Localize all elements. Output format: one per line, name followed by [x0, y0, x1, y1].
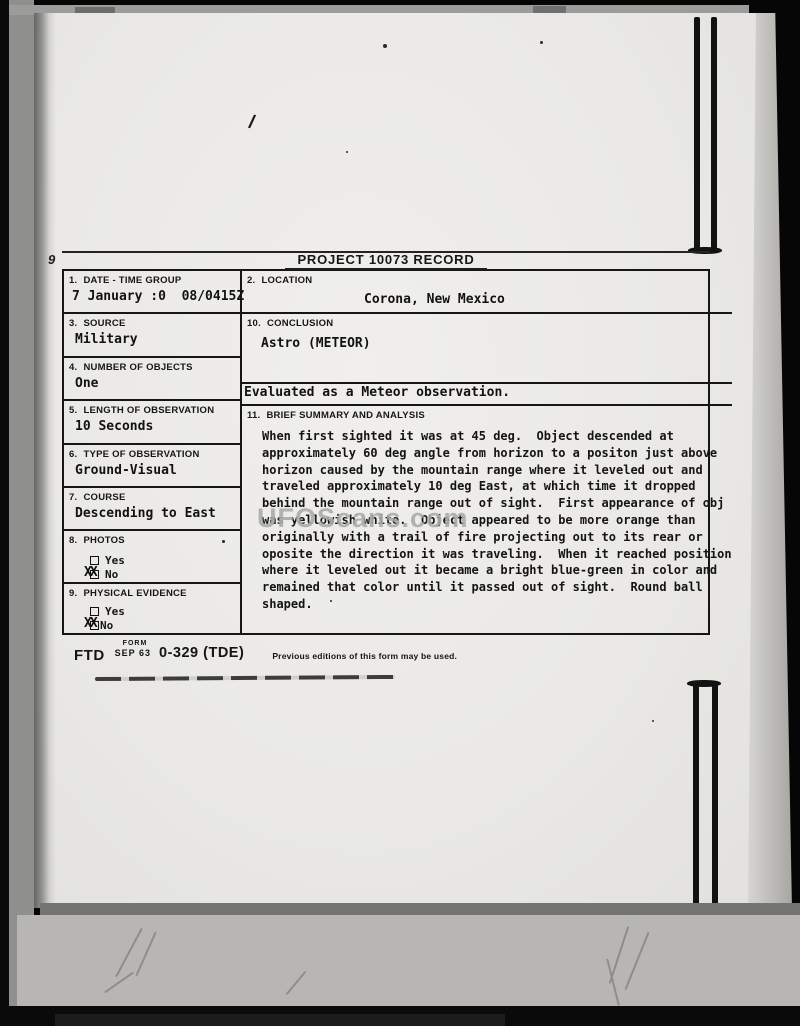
speck	[652, 720, 654, 722]
binding-bar	[712, 683, 718, 911]
field-value: 10 Seconds	[75, 419, 240, 434]
scan-left-border	[0, 0, 9, 1026]
xx-mark: XX	[84, 616, 96, 631]
field-label: 9.PHYSICAL EVIDENCE	[64, 584, 240, 599]
evaluation-text: Evaluated as a Meteor observation.	[242, 384, 732, 400]
field-source: 3.SOURCE Military	[64, 314, 240, 358]
field-value: Corona, New Mexico	[364, 292, 732, 307]
checkbox-yes	[90, 556, 99, 565]
field-label: 3.SOURCE	[64, 314, 240, 329]
field-label: 8.PHOTOS	[64, 531, 240, 546]
binding-bar	[693, 683, 699, 911]
form-title: PROJECT 10073 RECORD	[285, 252, 486, 270]
binding-foot	[687, 680, 721, 687]
field-date-time-group: 1.DATE - TIME GROUP 7 January :0 08/0415…	[64, 271, 240, 314]
physical-evidence-checkboxes: Yes XX No	[90, 604, 240, 632]
photos-yes-row: Yes	[90, 553, 240, 567]
field-label: 2.LOCATION	[242, 271, 732, 286]
form-right-column: 2.LOCATION Corona, New Mexico 10.CONCLUS…	[242, 271, 732, 633]
binding-bar	[694, 17, 700, 251]
field-label-text: CONCLUSION	[267, 318, 333, 329]
field-label: 11.BRIEF SUMMARY AND ANALYSIS	[242, 406, 732, 421]
field-number: 9.	[69, 588, 77, 599]
field-label-text: COURSE	[83, 492, 125, 503]
form-left-column: 1.DATE - TIME GROUP 7 January :0 08/0415…	[64, 271, 242, 633]
speck	[540, 41, 543, 44]
physical-evidence-yes-row: Yes	[90, 604, 240, 618]
field-label-text: DATE - TIME GROUP	[83, 275, 181, 286]
field-number: 4.	[69, 362, 77, 373]
field-label-text: TYPE OF OBSERVATION	[83, 449, 199, 460]
field-value: Ground-Visual	[75, 463, 240, 478]
footer-ftd: FTD	[74, 647, 105, 664]
field-label: 1.DATE - TIME GROUP	[64, 271, 240, 286]
footer-form-word: FORM	[123, 640, 151, 647]
checkbox-no: XX	[90, 570, 99, 579]
field-label: 6.TYPE OF OBSERVATION	[64, 445, 240, 460]
form-footer: FTD FORM SEP 63 0-329 (TDE) Previous edi…	[74, 640, 457, 664]
form-title-bar: PROJECT 10073 RECORD	[62, 251, 710, 269]
field-number: 10.	[247, 318, 261, 329]
field-conclusion: 10.CONCLUSION Astro (METEOR)	[242, 314, 732, 384]
footer-form-number: 0-329 (TDE)	[159, 645, 244, 661]
field-number: 11.	[247, 410, 260, 421]
field-label: 5.LENGTH OF OBSERVATION	[64, 401, 240, 416]
yes-label: Yes	[105, 605, 125, 618]
project-10073-record-form: PROJECT 10073 RECORD 1.DATE - TIME GROUP…	[62, 251, 710, 635]
field-value: Military	[75, 332, 240, 347]
field-evaluation: Evaluated as a Meteor observation.	[242, 384, 732, 406]
no-label: No	[100, 619, 113, 632]
field-number: 6.	[69, 449, 77, 460]
field-number: 1.	[69, 275, 77, 286]
page-bottom-shadow	[40, 903, 800, 915]
scan-bottom-border-light	[55, 1014, 505, 1026]
xx-mark: XX	[84, 565, 96, 580]
paper-fold-shadow	[34, 13, 56, 908]
field-number: 3.	[69, 318, 77, 329]
binding-bar	[711, 17, 717, 251]
field-course: 7.COURSE Descending to East	[64, 488, 240, 531]
field-number: 8.	[69, 535, 77, 546]
yes-label: Yes	[105, 554, 125, 567]
speck	[383, 44, 387, 48]
footer-form-date: FORM SEP 63	[115, 640, 151, 658]
field-label-text: SOURCE	[83, 318, 125, 329]
field-physical-evidence: 9.PHYSICAL EVIDENCE Yes XX No	[64, 584, 240, 633]
field-label: 7.COURSE	[64, 488, 240, 503]
field-photos: 8.PHOTOS Yes XX No	[64, 531, 240, 584]
field-number: 7.	[69, 492, 77, 503]
speck	[346, 151, 348, 153]
no-label: No	[105, 568, 118, 581]
field-value: 7 January :0 08/0415Z	[72, 289, 240, 304]
field-value: Astro (METEOR)	[261, 336, 732, 351]
photos-no-row: XX No	[90, 567, 240, 581]
field-type-of-observation: 6.TYPE OF OBSERVATION Ground-Visual	[64, 445, 240, 488]
scanned-document-page: / 9 UFOScans.com PROJECT 10073 RECORD 1.…	[0, 0, 800, 1026]
field-label-text: PHYSICAL EVIDENCE	[83, 588, 186, 599]
field-number-of-objects: 4.NUMBER OF OBJECTS One	[64, 358, 240, 401]
field-label-text: PHOTOS	[83, 535, 124, 546]
field-label: 4.NUMBER OF OBJECTS	[64, 358, 240, 373]
binding-mark-bottom	[693, 683, 719, 911]
field-length-of-observation: 5.LENGTH OF OBSERVATION 10 Seconds	[64, 401, 240, 445]
field-number: 2.	[247, 275, 255, 286]
form-table: 1.DATE - TIME GROUP 7 January :0 08/0415…	[62, 269, 710, 635]
field-value: One	[75, 376, 240, 391]
field-location: 2.LOCATION Corona, New Mexico	[242, 271, 732, 314]
checkbox-yes	[90, 607, 99, 616]
field-label-text: BRIEF SUMMARY AND ANALYSIS	[266, 410, 425, 421]
field-number: 5.	[69, 405, 77, 416]
photos-checkboxes: Yes XX No	[90, 553, 240, 581]
scan-bottom-band	[17, 915, 800, 1007]
field-label-text: NUMBER OF OBJECTS	[83, 362, 192, 373]
physical-evidence-no-row: XX No	[90, 618, 240, 632]
field-label: 10.CONCLUSION	[242, 314, 732, 329]
field-label-text: LOCATION	[261, 275, 312, 286]
footer-note: Previous editions of this form may be us…	[272, 651, 457, 661]
footer-form-month: SEP 63	[115, 648, 151, 658]
binding-mark-top	[694, 17, 718, 251]
field-label-text: LENGTH OF OBSERVATION	[83, 405, 214, 416]
checkbox-no: XX	[90, 621, 99, 630]
field-value: Descending to East	[75, 506, 240, 521]
handwritten-page-number: 9	[48, 252, 55, 267]
scan-left-margin	[9, 0, 34, 1012]
watermark: UFOScans.com	[257, 503, 469, 534]
